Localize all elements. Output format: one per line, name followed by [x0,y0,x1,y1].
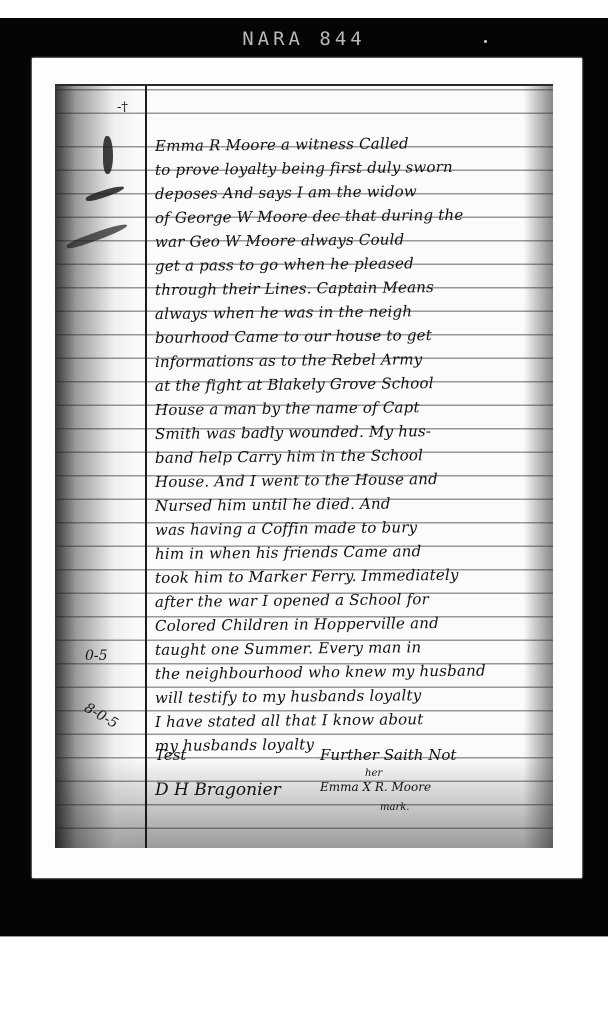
deposition-text: Emma R Moore a witness Called to prove l… [155,134,545,758]
margin-rule [145,86,147,848]
signature-block: Test Further Saith Not her D H Bragonier… [155,746,545,824]
signature-row-2: her [155,768,545,780]
ledger-sheet: -† 0-5 8-0-5 Emma R Moore a witness Call… [55,84,553,848]
signature-row-1: Test Further Saith Not [155,746,545,768]
bottom-blank-area [0,936,608,1023]
film-speck [484,40,487,43]
margin-note-1: 0-5 [85,648,108,664]
her-label: her [365,768,382,779]
signature-row-4: mark. [155,802,545,824]
margin-top-mark: -† [117,100,128,115]
mark-label: mark. [380,802,409,813]
top-margin-strip [0,0,608,19]
scanned-page: -† 0-5 8-0-5 Emma R Moore a witness Call… [32,58,582,878]
deponent-signature: Emma X R. Moore [320,780,431,794]
witness-signature: D H Bragonier [155,780,281,800]
microfilm-frame: NARA 844 -† 0-5 8-0-5 Emma R Moore a wit… [0,18,608,936]
further-saith-text: Further Saith Not [320,746,456,764]
frame-label: NARA 844 [0,28,608,50]
ink-smudge [103,136,113,174]
attest-label: Test [155,746,186,764]
signature-row-3: D H Bragonier Emma X R. Moore [155,780,545,802]
